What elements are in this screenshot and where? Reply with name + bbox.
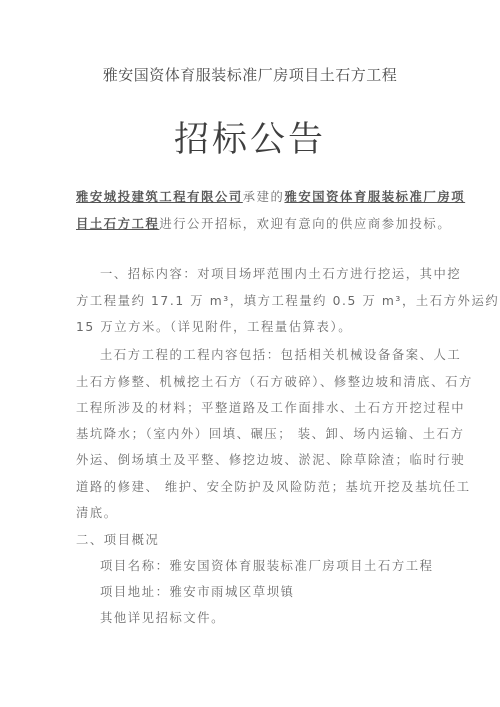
- intro-line-1: 雅安城投建筑工程有限公司承建的雅安国资体育服装标准厂房项: [76, 189, 421, 205]
- project-address-line: 项目地址：雅安市雨城区草坝镇: [100, 584, 445, 600]
- intro-rest: 进行公开招标，欢迎有意向的供应商参加投标。: [159, 217, 451, 231]
- detail-line-7: 清底。: [76, 505, 421, 521]
- project-name-underlined-cont: 目土石方工程: [76, 217, 159, 231]
- detail-line-6: 道路的修建、 维护、安全防护及风险防范；基坑开挖及基坑任工: [76, 479, 421, 495]
- section1-line-3: 15 万立方米。（详见附件，工程量估算表）。: [76, 319, 421, 335]
- project-name-underlined: 雅安国资体育服装标准厂房项: [284, 190, 465, 204]
- detail-line-1: 土石方工程的工程内容包括：包括相关机械设备备案、人工: [100, 347, 445, 363]
- section1-line-2: 方工程量约 17.1 万 m³，填方工程量约 0.5 万 m³，土石方外运约: [76, 293, 421, 309]
- other-info-line: 其他详见招标文件。: [100, 610, 445, 626]
- intro-text: 承建的: [243, 190, 285, 204]
- company-name: 雅安城投建筑工程有限公司: [76, 190, 243, 204]
- intro-line-2: 目土石方工程进行公开招标，欢迎有意向的供应商参加投标。: [76, 216, 421, 232]
- project-name-line: 项目名称：雅安国资体育服装标准厂房项目土石方工程: [100, 558, 445, 574]
- document-title: 招标公告: [0, 112, 500, 162]
- detail-line-3: 工程所涉及的材料；平整道路及工作面排水、土石方开挖过程中: [76, 400, 421, 416]
- detail-line-5: 外运、倒场填土及平整、修挖边坡、淤泥、除草除渣；临时行驶: [76, 452, 421, 468]
- detail-line-4: 基坑降水；（室内外）回填、碾压； 装、卸、场内运输、土石方: [76, 426, 421, 442]
- section1-line-1: 一、招标内容：对项目场坪范围内土石方进行挖运，其中挖: [100, 266, 445, 282]
- detail-line-2: 土石方修整、机械挖土石方（石方破碎）、修整边坡和清底、石方: [76, 374, 421, 390]
- document-subtitle: 雅安国资体育服装标准厂房项目土石方工程: [0, 64, 500, 85]
- section2-heading: 二、项目概况: [76, 532, 421, 548]
